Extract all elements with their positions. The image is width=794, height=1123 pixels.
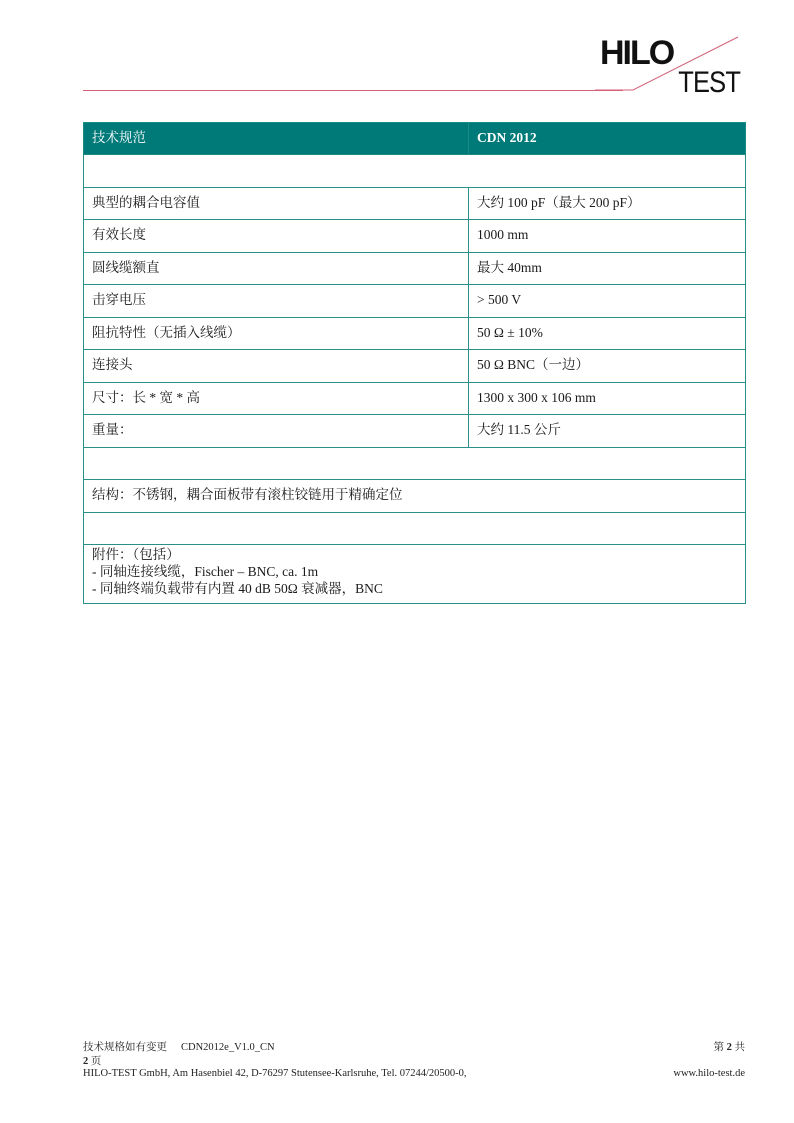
accessories-cell: 附件：（包括） - 同轴连接线缆，Fischer – BNC, ca. 1m -… bbox=[84, 545, 746, 604]
spec-value: > 500 V bbox=[469, 285, 746, 318]
header-model: CDN 2012 bbox=[469, 123, 746, 155]
footer-website[interactable]: www.hilo-test.de bbox=[673, 1068, 745, 1079]
accessory-item: - 同轴终端负载带有内置 40 dB 50Ω 衰减器，BNC bbox=[92, 581, 737, 598]
construction-text: 结构：不锈钢，耦合面板带有滚柱铰链用于精确定位 bbox=[84, 480, 746, 513]
spec-label: 尺寸：长 * 宽 * 高 bbox=[84, 382, 469, 415]
empty-row bbox=[84, 447, 746, 480]
footer-doc-id: CDN2012e_V1.0_CN bbox=[181, 1042, 275, 1053]
accessory-item: - 同轴连接线缆，Fischer – BNC, ca. 1m bbox=[92, 564, 737, 581]
spec-label: 阻抗特性（无插入线缆） bbox=[84, 317, 469, 350]
spec-label: 圆线缆额直 bbox=[84, 252, 469, 285]
spec-value: 50 Ω BNC（一边） bbox=[469, 350, 746, 383]
table-row: 连接头 50 Ω BNC（一边） bbox=[84, 350, 746, 383]
spec-label: 连接头 bbox=[84, 350, 469, 383]
page-total: 2 bbox=[83, 1056, 88, 1067]
spec-value: 1000 mm bbox=[469, 220, 746, 253]
header-divider bbox=[83, 90, 623, 91]
footer-line-3: HILO-TEST GmbH, Am Hasenbiel 42, D-76297… bbox=[83, 1068, 745, 1079]
table-row: 击穿电压 > 500 V bbox=[84, 285, 746, 318]
hilo-test-logo: HILO TEST bbox=[595, 22, 745, 97]
table-row: 圆线缆额直 最大 40mm bbox=[84, 252, 746, 285]
spec-label: 重量： bbox=[84, 415, 469, 448]
empty-row bbox=[84, 512, 746, 545]
footer-line-1: 技术规格如有变更CDN2012e_V1.0_CN 第 2 共 bbox=[83, 1039, 745, 1054]
spec-table: 技术规范 CDN 2012 典型的耦合电容值 大约 100 pF（最大 200 … bbox=[83, 122, 746, 604]
spec-value: 50 Ω ± 10% bbox=[469, 317, 746, 350]
footer-line-2: 2 页 bbox=[83, 1053, 745, 1068]
empty-row bbox=[84, 155, 746, 188]
table-row: 尺寸：长 * 宽 * 高 1300 x 300 x 106 mm bbox=[84, 382, 746, 415]
table-row: 典型的耦合电容值 大约 100 pF（最大 200 pF） bbox=[84, 187, 746, 220]
spec-label: 击穿电压 bbox=[84, 285, 469, 318]
page-current: 2 bbox=[727, 1042, 732, 1053]
header-label: 技术规范 bbox=[84, 123, 469, 155]
spec-value: 大约 11.5 公斤 bbox=[469, 415, 746, 448]
accessories-title: 附件：（包括） bbox=[92, 547, 737, 564]
spec-value: 最大 40mm bbox=[469, 252, 746, 285]
spec-label: 典型的耦合电容值 bbox=[84, 187, 469, 220]
table-row: 重量： 大约 11.5 公斤 bbox=[84, 415, 746, 448]
table-header-row: 技术规范 CDN 2012 bbox=[84, 123, 746, 155]
footer-address: HILO-TEST GmbH, Am Hasenbiel 42, D-76297… bbox=[83, 1068, 467, 1079]
spec-value: 大约 100 pF（最大 200 pF） bbox=[469, 187, 746, 220]
table-row: 阻抗特性（无插入线缆） 50 Ω ± 10% bbox=[84, 317, 746, 350]
spec-value: 1300 x 300 x 106 mm bbox=[469, 382, 746, 415]
footer-disclaimer: 技术规格如有变更 bbox=[83, 1042, 167, 1053]
svg-text:HILO: HILO bbox=[600, 34, 675, 72]
page-indicator: 第 2 共 bbox=[714, 1039, 746, 1054]
table-row: 有效长度 1000 mm bbox=[84, 220, 746, 253]
svg-text:TEST: TEST bbox=[678, 65, 741, 97]
spec-label: 有效长度 bbox=[84, 220, 469, 253]
construction-row: 结构：不锈钢，耦合面板带有滚柱铰链用于精确定位 bbox=[84, 480, 746, 513]
accessories-row: 附件：（包括） - 同轴连接线缆，Fischer – BNC, ca. 1m -… bbox=[84, 545, 746, 604]
